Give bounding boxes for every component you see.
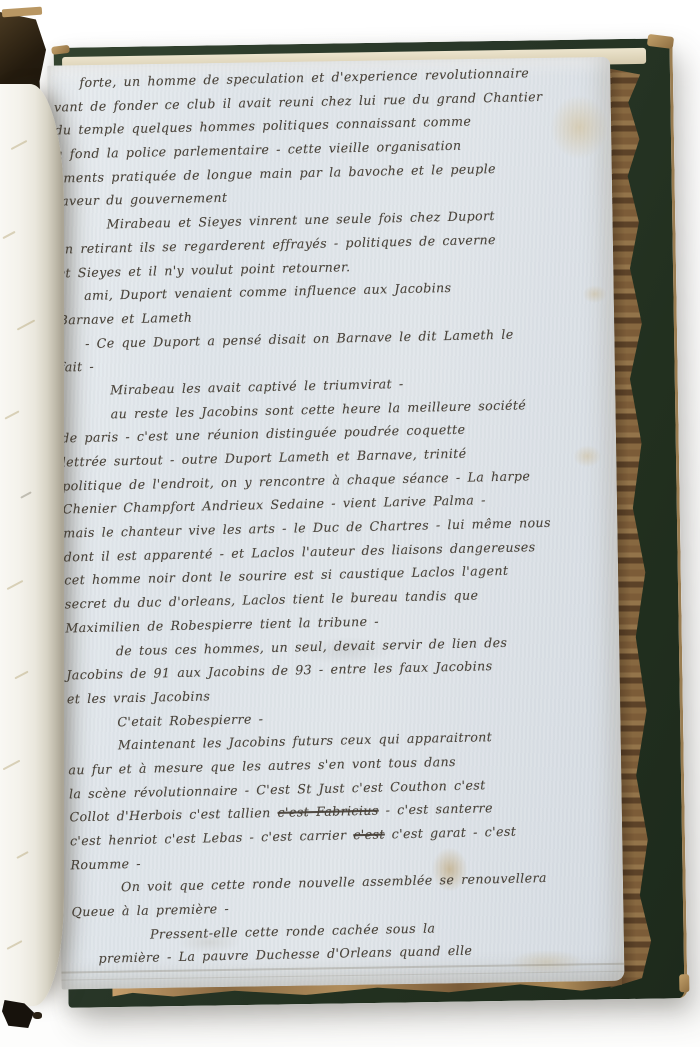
ink-showthrough-mark: [16, 851, 28, 859]
ink-showthrough-mark: [3, 760, 21, 771]
handwriting-text: Jacobins de 91 aux Jacobins de 93 - entr…: [66, 658, 492, 682]
handwriting-text: Maintenant les Jacobins futurs ceux qui …: [118, 729, 493, 752]
cover-worn-corner: [647, 34, 674, 49]
struck-word: c'est Fabricius: [277, 803, 378, 820]
handwriting-text: première - La pauvre Duchesse d'Orleans …: [98, 943, 472, 966]
handwriting-text: secret du duc d'orleans, Laclos tient le…: [65, 588, 479, 612]
handwriting-text: c'est garat - c'est: [385, 824, 517, 842]
binding-corner-fragment: [33, 1012, 42, 1019]
manuscript-lines: forte, un homme de speculation et d'expe…: [53, 60, 614, 972]
handwriting-text: et Sieyes et il n'y voulut point retourn…: [57, 259, 350, 280]
struck-word: c'est: [353, 827, 385, 843]
handwriting-text: en retirant ils se regarderent effrayés …: [57, 232, 496, 257]
handwriting-text: Mirabeau les avait captivé le triumvirat…: [110, 376, 404, 397]
handwriting-text: Roumme -: [70, 856, 141, 873]
handwriting-text: - Ce que Duport a pensé disait on Barnav…: [85, 326, 514, 350]
handwriting-text: Pressent-elle cette ronde cachée sous la: [150, 920, 436, 941]
handwriting-text: C'etait Robespierre -: [117, 711, 263, 729]
ink-showthrough-mark: [11, 140, 28, 150]
ink-showthrough-mark: [7, 580, 24, 590]
handwriting-text: On voit que cette ronde nouvelle assembl…: [121, 870, 547, 894]
manuscript-photo: forte, un homme de speculation et d'expe…: [0, 0, 700, 1047]
handwriting-text: Queue à la première -: [71, 901, 229, 919]
ink-showthrough-mark: [2, 231, 15, 239]
handwriting-text: et les vrais Jacobins: [67, 688, 211, 706]
handwriting-text: - c'est santerre: [379, 800, 493, 817]
manuscript-page: forte, un homme de speculation et d'expe…: [47, 57, 624, 990]
facing-page-curl: [0, 84, 64, 1006]
cover-worn-corner: [51, 45, 70, 55]
ink-showthrough-mark: [14, 671, 28, 680]
handwriting-text: fait -: [59, 359, 94, 375]
binding-corner-edge: [2, 7, 42, 18]
handwriting-text: ami, Duport venaient comme influence aux…: [84, 280, 452, 303]
handwriting-text: Barnave et Lameth: [58, 309, 192, 327]
handwriting-text: Maximilien de Robespierre tient la tribu…: [65, 613, 379, 635]
ink-showthrough-mark: [7, 940, 23, 950]
cover-worn-corner: [679, 974, 689, 992]
ink-showthrough-mark: [4, 410, 19, 419]
handwriting-text: faveur du gouvernement: [56, 190, 228, 209]
ink-showthrough-mark: [20, 491, 32, 498]
handwriting-text: c'est henriot c'est Lebas - c'est carrie…: [70, 827, 354, 848]
handwriting-text: au fur et à mesure que les autres s'en v…: [68, 754, 456, 777]
handwriting-text: lettrée surtout - outre Duport Lameth et…: [62, 446, 467, 470]
handwriting-text: Mirabeau et Sieyes vinrent une seule foi…: [106, 208, 495, 231]
handwriting-text: Collot d'Herbois c'est tallien: [69, 805, 277, 825]
ink-showthrough-mark: [17, 319, 36, 330]
